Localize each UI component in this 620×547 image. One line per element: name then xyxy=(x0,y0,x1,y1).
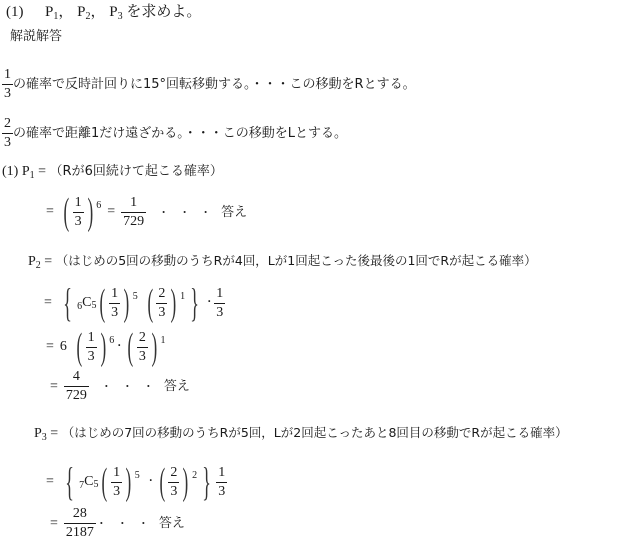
p3-heading: P3 = （はじめの7回の移動のうちRが5回，Lが2回起こったあと8回目の移動で… xyxy=(34,427,568,441)
definition-l: 2 3 の確率で距離1だけ遠ざかる。・・・この移動をLとする。 xyxy=(2,117,347,150)
p1-label: P1 xyxy=(45,4,58,20)
answer-label: 答え xyxy=(221,206,247,219)
definition-r: 1 3 の確率で反時計回りに15°回転移動する。・・・この移動をRとする。 xyxy=(2,68,416,101)
definition-l-text: の確率で距離1だけ遠ざかる。・・・この移動をLとする。 xyxy=(13,127,347,140)
p2-description: （はじめの5回の移動のうちRが4回，Lが1回起こった後最後の1回でRが起こる確率… xyxy=(56,253,537,268)
p3-result: 282187 xyxy=(64,507,96,540)
p1-step1: = (13)6 = 1729 ・・・ 答え xyxy=(46,193,247,231)
p3-step1: = { 7C5 (13)5 ・ (23)2 } 13 xyxy=(46,462,227,502)
question-instruction: を求めよ。 xyxy=(126,2,201,20)
answer-label: 答え xyxy=(159,517,185,530)
p2-result: 4729 xyxy=(64,370,89,403)
explanation-label: 解説解答 xyxy=(10,30,62,43)
p2-step3: = 4729 ・・・ 答え xyxy=(50,370,190,403)
question-number: (1) xyxy=(6,4,24,20)
question-header: (1) P1， P2， P3 を求めよ。 xyxy=(6,4,201,20)
p3-step2: = 282187 ・・・ 答え xyxy=(50,507,185,540)
p2-step2: = 6 (13)6 ・ (23)1 xyxy=(46,328,166,366)
p1-heading: (1) P1 = （Rが6回続けて起こる確率） xyxy=(2,165,223,179)
fraction-two-thirds: 2 3 xyxy=(2,117,13,150)
answer-label: 答え xyxy=(164,380,190,393)
p3-label: P3 xyxy=(109,4,122,20)
p3-description: （はじめの7回の移動のうちRが5回，Lが2回起こったあと8回目の移動でRが起こる… xyxy=(62,425,568,440)
p2-step1: = { 6C5 (13)5 (23)1 } ・ 13 xyxy=(44,283,225,323)
definition-r-text: の確率で反時計回りに15°回転移動する。・・・この移動をRとする。 xyxy=(13,78,416,91)
p2-label: P2 xyxy=(77,4,90,20)
p1-description: （Rが6回続けて起こる確率） xyxy=(50,164,223,179)
fraction-one-third: 1 3 xyxy=(2,68,13,101)
p2-heading: P2 = （はじめの5回の移動のうちRが4回，Lが1回起こった後最後の1回でRが… xyxy=(28,255,537,269)
p1-result: 1729 xyxy=(121,196,146,229)
